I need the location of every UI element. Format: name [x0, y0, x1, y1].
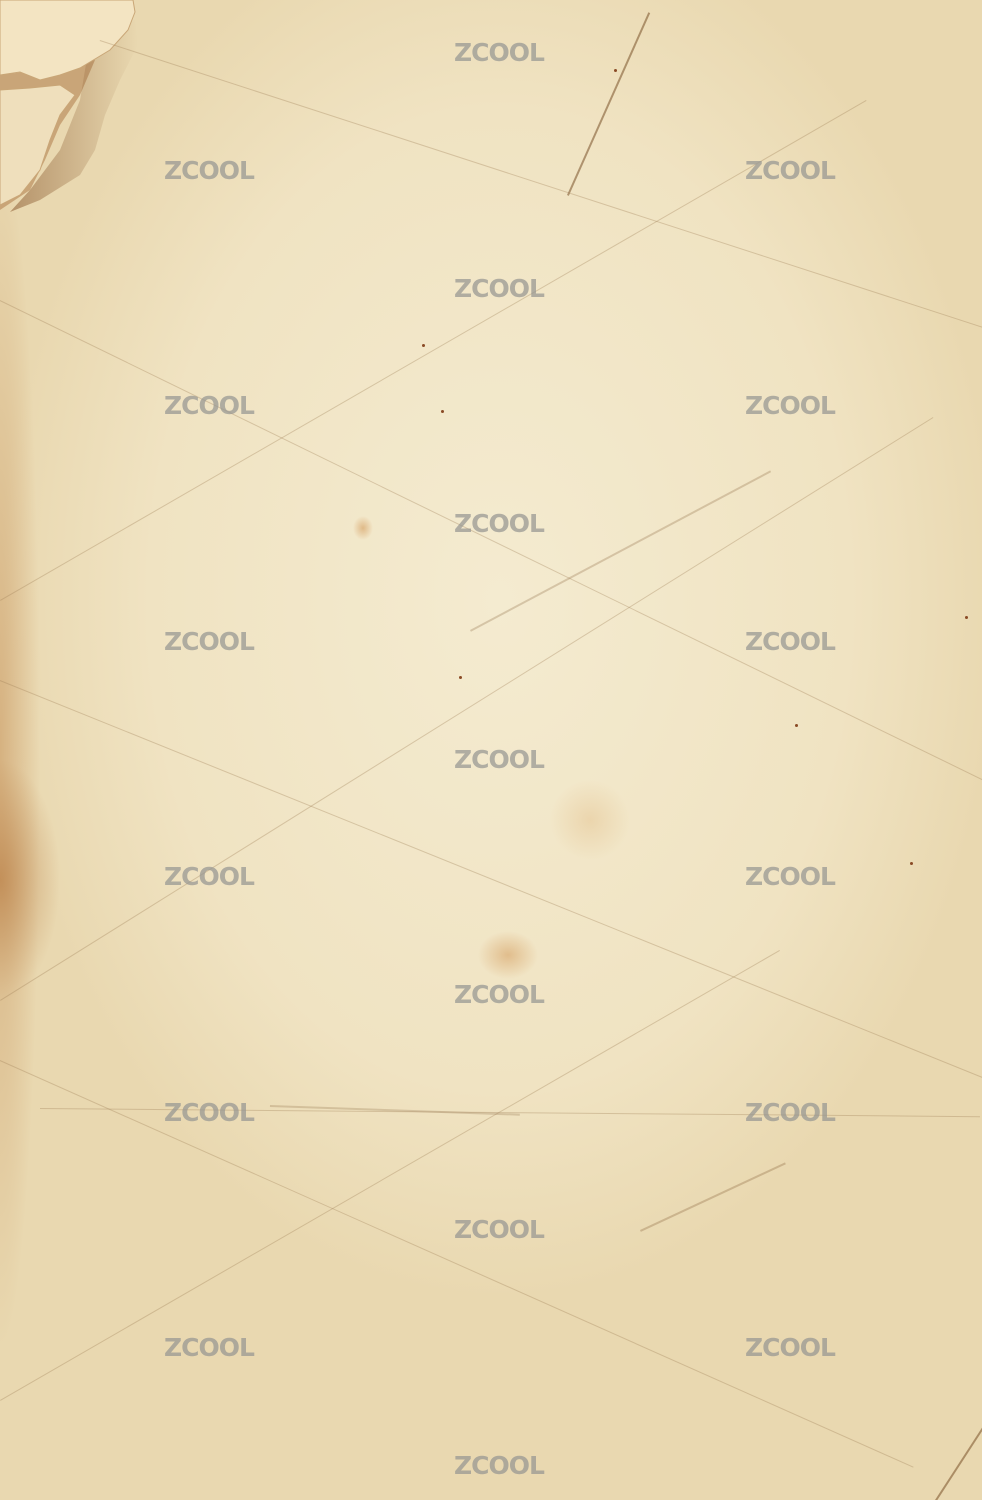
zcool-watermark: ZCOOL: [447, 1217, 551, 1243]
paper-crack: [567, 12, 650, 195]
zcool-watermark: ZCOOL: [738, 1100, 842, 1126]
zcool-watermark: ZCOOL: [738, 393, 842, 419]
zcool-watermark: ZCOOL: [447, 982, 551, 1008]
zcool-watermark: ZCOOL: [738, 158, 842, 184]
paper-crease: [0, 417, 933, 1001]
ink-speck: [965, 616, 968, 619]
aged-paper-background: ZCOOL ZCOOL ZCOOL ZCOOL ZCOOL ZCOOL ZCOO…: [0, 0, 982, 1500]
paper-crease: [0, 300, 982, 783]
paper-crease: [100, 40, 982, 350]
zcool-watermark: ZCOOL: [738, 864, 842, 890]
zcool-watermark: ZCOOL: [447, 276, 551, 302]
zcool-watermark: ZCOOL: [157, 629, 261, 655]
zcool-watermark: ZCOOL: [447, 511, 551, 537]
paper-crack: [935, 1408, 982, 1500]
ink-speck: [422, 344, 425, 347]
zcool-watermark: ZCOOL: [447, 747, 551, 773]
zcool-watermark: ZCOOL: [738, 1335, 842, 1361]
zcool-watermark: ZCOOL: [157, 864, 261, 890]
zcool-watermark: ZCOOL: [738, 629, 842, 655]
paper-crack: [640, 1162, 786, 1231]
ink-speck: [910, 862, 913, 865]
zcool-watermark: ZCOOL: [157, 1100, 261, 1126]
ink-speck: [795, 724, 798, 727]
ink-speck: [459, 676, 462, 679]
ink-speck: [614, 69, 617, 72]
zcool-watermark: ZCOOL: [447, 1453, 551, 1479]
zcool-watermark: ZCOOL: [157, 1335, 261, 1361]
ink-speck: [441, 410, 444, 413]
zcool-watermark: ZCOOL: [447, 40, 551, 66]
paper-crease: [0, 950, 780, 1401]
zcool-watermark: ZCOOL: [157, 158, 261, 184]
torn-corner-flap: [0, 0, 140, 215]
zcool-watermark: ZCOOL: [157, 393, 261, 419]
